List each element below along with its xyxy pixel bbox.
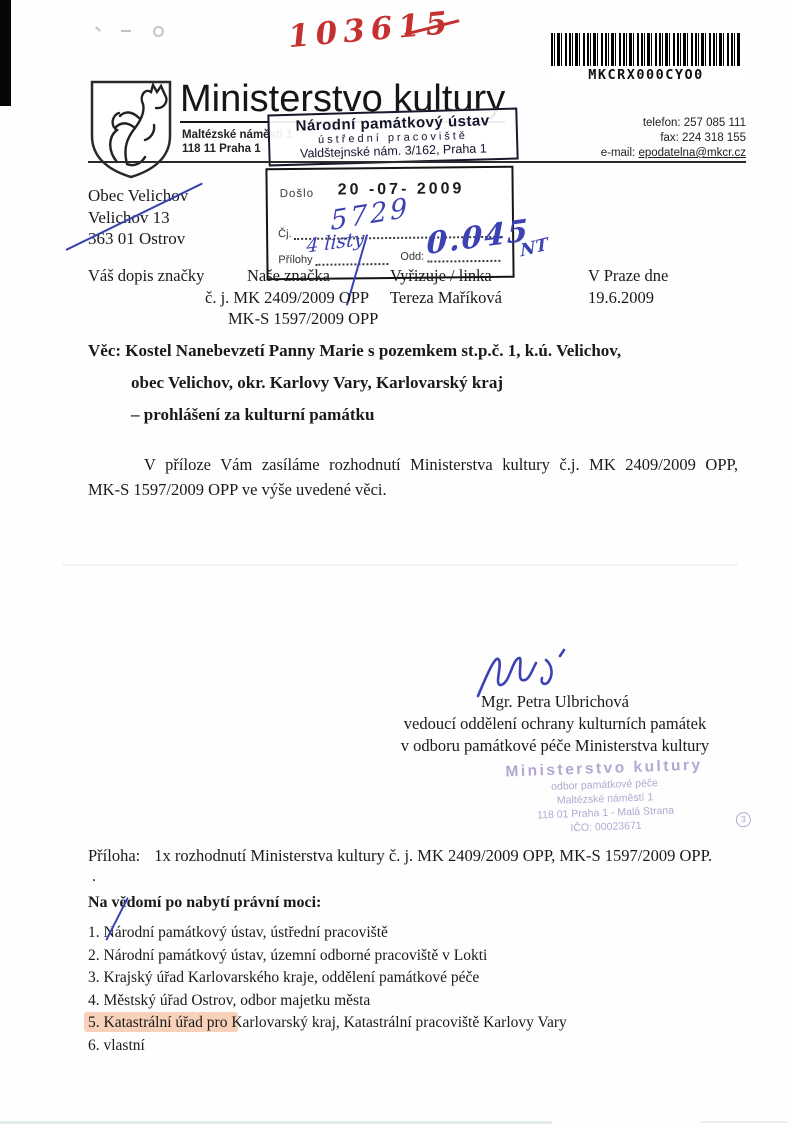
body-line1: V příloze Vám zasíláme rozhodnutí Minist… <box>88 452 738 477</box>
signature-block: Mgr. Petra Ulbrichová vedoucí oddělení o… <box>340 691 770 757</box>
barcode-text: MKCRX000CYO0 <box>548 67 744 83</box>
red-handwritten-number: 103615 <box>287 5 455 55</box>
vas-dopis-label: Váš dopis značky <box>88 266 204 286</box>
signatory-title-2: v odboru památkové péče Ministerstva kul… <box>340 735 770 757</box>
cj-label: Čj. <box>278 228 292 240</box>
list-item: 4. Městský úřad Ostrov, odbor majetku mě… <box>88 990 567 1013</box>
pencil-scribble <box>95 24 175 38</box>
scanned-letter-page: 103615 MKCRX000CYO0 Ministerstvo kultury… <box>0 0 788 1126</box>
email-line: e-mail: epodatelna@mkcr.cz <box>520 146 746 161</box>
scan-bottom-line-2 <box>700 1121 788 1123</box>
stray-dot: . <box>92 868 96 886</box>
odd-label: Odd: <box>400 251 424 263</box>
signatory-name: Mgr. Petra Ulbrichová <box>340 691 770 713</box>
reference-number-2: MK-S 1597/2009 OPP <box>228 309 378 329</box>
nase-znacka-label: Naše značka <box>247 266 330 286</box>
email-label: e-mail: <box>601 147 639 159</box>
body-paragraph: V příloze Vám zasíláme rozhodnutí Minist… <box>88 452 738 502</box>
subject-line3: – prohlášení za kulturní památku <box>131 405 374 425</box>
scan-edge-strip <box>0 0 11 106</box>
fax-line: fax: 224 318 155 <box>520 131 746 146</box>
na-vedomi-list: 1. Národní památkový ústav, ústřední pra… <box>88 922 567 1057</box>
doslo-label: Došlo <box>280 188 315 200</box>
phone-line: telefon: 257 085 111 <box>520 116 746 131</box>
reference-number-1: č. j. MK 2409/2009 OPP <box>205 288 369 308</box>
list-item: 5. Katastrální úřad pro Karlovarský kraj… <box>88 1012 567 1035</box>
barcode-bars-icon <box>551 33 741 66</box>
signatory-title-1: vedoucí oddělení ochrany kulturních pamá… <box>340 713 770 735</box>
barcode: MKCRX000CYO0 <box>548 33 744 83</box>
email-address: epodatelna@mkcr.cz <box>638 147 746 159</box>
arrival-stamp: Došlo 20 -07- 2009 Čj. Přílohy Odd: 5729… <box>265 166 514 281</box>
header-rule <box>88 161 746 163</box>
recipient-line2: Velichov 13 <box>88 207 188 229</box>
vyrizuje-value: Tereza Maříková <box>390 288 502 308</box>
datum-value: 19.6.2009 <box>588 288 654 308</box>
ministry-stamp: Ministerstvo kultury odbor památkové péč… <box>461 755 749 839</box>
contact-block: telefon: 257 085 111 fax: 224 318 155 e-… <box>520 116 746 161</box>
npu-stamp: Národní památkový ústav ústřední pracovi… <box>267 108 518 167</box>
priloha-label: Příloha: <box>88 846 140 865</box>
body-line2: MK-S 1597/2009 OPP ve výše uvedené věci. <box>88 477 738 502</box>
scan-streak <box>62 564 738 566</box>
datum-label: V Praze dne <box>588 266 668 286</box>
subject-line1: Věc: Kostel Nanebevzetí Panny Marie s po… <box>88 341 621 361</box>
scan-bottom-line <box>0 1121 552 1124</box>
subject-line2: obec Velichov, okr. Karlovy Vary, Karlov… <box>131 373 503 393</box>
list-item: 2. Národní památkový ústav, územní odbor… <box>88 945 567 968</box>
coat-of-arms-icon <box>85 78 177 182</box>
list-item: 3. Krajský úřad Karlovarského kraje, odd… <box>88 967 567 990</box>
vyrizuje-label: Vyřizuje / linka <box>390 266 492 286</box>
list-item: 1. Národní památkový ústav, ústřední pra… <box>88 922 567 945</box>
odd-handwritten-value: 0.045 <box>426 213 529 262</box>
list-item: 6. vlastní <box>88 1035 567 1058</box>
priloha-line: Příloha:1x rozhodnutí Ministerstva kultu… <box>88 846 712 866</box>
recipient-block: Obec Velichov Velichov 13 363 01 Ostrov <box>88 185 188 250</box>
priloha-text: 1x rozhodnutí Ministerstva kultury č. j.… <box>154 846 712 865</box>
